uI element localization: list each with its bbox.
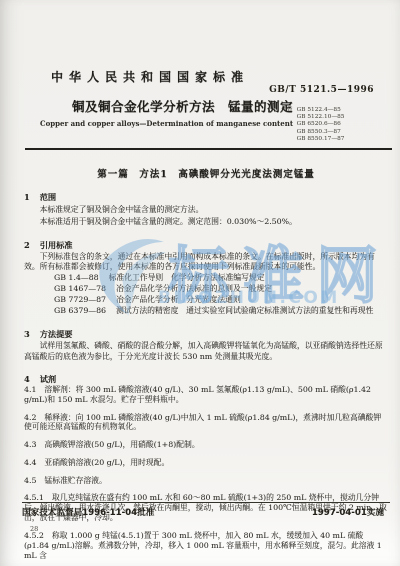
reference-code: GB 6379—86 (54, 306, 106, 315)
replaced-standard: GB 5122.10—85 (297, 114, 345, 121)
reagent-text: 称取 1.000 g 纯锰(4.5.1)置于 300 mL 烧杯中，加入 80 … (24, 531, 382, 560)
replaced-standard: GB 8550.17—87 (297, 136, 345, 143)
replaced-standard: GB 8550.3—87 (297, 129, 345, 136)
reference-code: GB 1467—78 (54, 284, 106, 293)
section-title: 方法提要 (40, 329, 73, 339)
section-heading-scope: 1范围 (24, 192, 388, 202)
reagent-text: 锰标准贮存溶液。 (44, 476, 106, 485)
replaces-list: GB 5122.4—85 GB 5122.10—85 GB 6520.6—86 … (297, 107, 345, 143)
reagent-item: 4.4亚硝酸钠溶液(20 g/L)，用时现配。 (24, 458, 388, 468)
section-title: 引用标准 (40, 240, 73, 250)
reagent-text: 高碘酸钾溶液(50 g/L)，用硝酸(1+8)配制。 (44, 440, 199, 449)
section-number: 4 (24, 374, 30, 384)
section-number: 3 (24, 329, 30, 339)
reference-title: 标准化工作导则 化学分析方法标准编写规定 (109, 273, 265, 282)
reference-title: 冶金产品化学分析 分光光度法通则 (116, 295, 241, 304)
page-number: 28 (30, 525, 38, 533)
section-heading-summary: 3方法提要 (24, 329, 388, 339)
reagent-text: 亚硝酸钠溶液(20 g/L)，用时现配。 (44, 458, 169, 467)
paragraph: 试样用氢氟酸、磷酸、硝酸的混合酸分解，加入高碘酸钾将锰氧化为高锰酸，以亚硝酸钠选… (24, 341, 388, 362)
reagent-item: 4.1溶解剂：将 300 mL 磷酸溶液(40 g/L)、30 mL 氢氟酸(ρ… (24, 385, 388, 405)
document-title-en: Copper and copper alloys—Determination o… (40, 119, 300, 128)
reference-item: GB 6379—86测试方法的精密度 通过实验室间试验确定标准测试方法的重复性和… (24, 306, 388, 316)
replaced-standard: GB 5122.4—85 (297, 107, 345, 114)
scanned-standard-page: 标准网 BIAOZHUN.COM 中华人民共和国国家标准 GB/T 5121.5… (0, 0, 400, 566)
section-title: 范围 (40, 192, 56, 202)
part-heading: 第一篇 方法1 高碘酸钾分光光度法测定锰量 (24, 170, 388, 180)
reagent-item: 4.3高碘酸钾溶液(50 g/L)，用硝酸(1+8)配制。 (24, 440, 388, 450)
reference-title: 测试方法的精密度 通过实验室间试验确定标准测试方法的重复性和再现性 (116, 306, 373, 315)
section-number: 1 (24, 192, 30, 202)
section-number: 2 (24, 240, 30, 250)
reagent-number: 4.3 (24, 440, 36, 449)
approval-authority-date: 国家技术监督局1996-11-04批准 (22, 506, 154, 518)
paragraph: 下列标准包含的条文，通过在本标准中引用而构成本标准的条文。在标准出版时，所示版本… (24, 252, 388, 273)
section-heading-reagents: 4试剂 (24, 374, 388, 384)
reagent-item: 4.2稀释液：向 100 mL 磷酸溶液(40 g/L)中加入 1 mL 硫酸(… (24, 413, 388, 433)
page-content: 中华人民共和国国家标准 GB/T 5121.5—1996 铜及铜合金化学分析方法… (0, 0, 400, 561)
standard-number: GB/T 5121.5—1996 (269, 85, 374, 95)
document-title-cn: 铜及铜合金化学分析方法 锰量的测定 (72, 97, 293, 115)
reagent-item: 4.5锰标准贮存溶液。 (24, 476, 388, 486)
reagent-number: 4.1 (24, 385, 36, 394)
reference-title: 冶金产品化学分析方法标准的总则及一般规定 (116, 284, 272, 293)
replaced-standard: GB 6520.6—86 (297, 121, 345, 128)
reference-code: GB 1.4—88 (54, 273, 99, 282)
section-title: 试剂 (40, 374, 56, 384)
reference-code: GB 7729—87 (54, 295, 106, 304)
reagent-text: 溶解剂：将 300 mL 磷酸溶液(40 g/L)、30 mL 氢氟酸(ρ1.1… (24, 385, 371, 404)
replaced-standards: 代替 GB 5122.4—85 GB 5122.10—85 GB 6520.6—… (281, 107, 345, 143)
footer-rule (22, 502, 390, 503)
reference-item: GB 1467—78冶金产品化学分析方法标准的总则及一般规定 (24, 284, 388, 294)
document-header: 中华人民共和国国家标准 GB/T 5121.5—1996 铜及铜合金化学分析方法… (0, 0, 400, 150)
national-standard-label: 中华人民共和国国家标准 (0, 68, 300, 85)
reagent-number: 4.5 (24, 476, 36, 485)
reference-item: GB 1.4—88标准化工作导则 化学分析方法标准编写规定 (24, 273, 388, 283)
replaces-label: 代替 (281, 107, 293, 143)
section-heading-references: 2引用标准 (24, 240, 388, 250)
header-rule (25, 148, 392, 150)
reagent-number: 4.4 (24, 458, 36, 467)
paragraph: 本标准适用于铜及铜合金中锰含量的测定。测定范围：0.030%～2.50%。 (24, 217, 388, 227)
reagent-item: 4.5.2称取 1.000 g 纯锰(4.5.1)置于 300 mL 烧杯中，加… (24, 531, 388, 561)
reference-item: GB 7729—87冶金产品化学分析 分光光度法通则 (24, 295, 388, 305)
reagent-number: 4.2 (24, 413, 36, 422)
footer: 国家技术监督局1996-11-04批准 1997-04-01实施 (22, 506, 384, 518)
reagent-number: 4.5.1 (24, 493, 44, 502)
reagent-text: 稀释液：向 100 mL 磷酸溶液(40 g/L)中加入 1 mL 硫酸(ρ1.… (24, 413, 381, 432)
paragraph: 本标准规定了铜及铜合金中锰含量的测定方法。 (24, 205, 388, 215)
implementation-date: 1997-04-01实施 (312, 506, 384, 518)
